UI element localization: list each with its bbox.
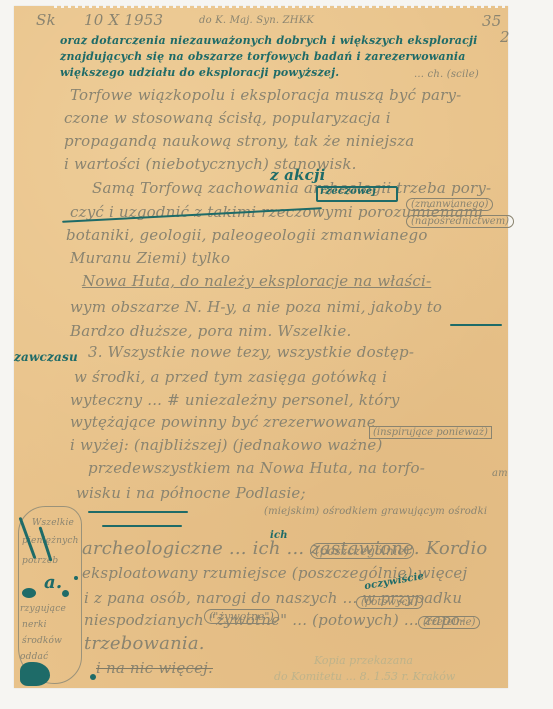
manuscript-page: Sk 10 X 1953 do K. Maj. Syn. ZHKK 35 2 o…: [14, 6, 508, 688]
ink-strike-1: [88, 511, 188, 513]
pencil-line-9: Nowa Huta, do należy eksploracje na właś…: [82, 272, 431, 290]
pencil-line-18: wisku i na północne Podlasie;: [76, 484, 306, 502]
ink-blot-3: [20, 662, 50, 686]
pencil-line-12: 3. Wszystkie nowe tezy, wszystkie dostęp…: [88, 343, 414, 361]
ink-strike-2: [102, 525, 182, 527]
margin-note-2: potrzeb: [22, 556, 58, 566]
document-date: 10 X 1953: [84, 11, 163, 29]
ink-blot-2: [62, 590, 69, 597]
circled-note-zywotne: ("żywotne"): [204, 609, 279, 624]
faint-bleed-line-2: do Komitetu ... 8. 1.53 r. Kraków: [274, 670, 455, 683]
pencil-line-19: (miejskim) ośrodkiem grawującym ośrodki: [264, 506, 487, 517]
ink-underline-dostep: [450, 324, 502, 326]
pencil-line-14: wyteczny ... # uniezależny personel, któ…: [70, 391, 400, 409]
page-mark: 35: [482, 12, 502, 30]
circled-note-potowych: (potowych): [356, 596, 423, 609]
pencil-line-0: ... ch. (scile): [414, 69, 479, 80]
margin-note-6: środków: [22, 636, 62, 646]
pencil-line-7: botaniki, geologii, paleogeologii zmanwi…: [66, 226, 428, 244]
ink-insertion-line-3: większego udziału do eksploracji powyższ…: [60, 66, 339, 79]
archive-mark: Sk: [36, 11, 56, 29]
ink-annotation-akcji: z akcji: [270, 166, 326, 184]
ink-insertion-line-2: znajdujących się na obszarze torfowych b…: [60, 50, 466, 63]
pencil-line-1: Torfowe wiązkopolu i eksploracja muszą b…: [70, 86, 461, 104]
pencil-line-3: propagandą naukową strony, tak że niniej…: [64, 132, 414, 150]
pencil-line-17: przedewszystkiem na Nowa Huta, na torfo-: [88, 459, 425, 477]
margin-note-7: oddać: [20, 652, 48, 662]
addressee: do K. Maj. Syn. ZHKK: [199, 15, 314, 26]
pencil-line-8: Muranu Ziemi) tylko: [70, 249, 230, 267]
pencil-line-20: archeologiczne ... ich ... zastawione. K…: [82, 538, 487, 559]
circled-note-poszczegolnie: (poszczególnie): [310, 543, 414, 559]
pencil-line-25: i na nic więcej.: [96, 659, 213, 677]
circled-note-napos: (napośrednictwem): [406, 215, 514, 228]
margin-note-3: a.: [44, 572, 62, 593]
ink-blot-4: [90, 674, 96, 680]
right-margin-note: am: [492, 468, 508, 479]
ink-blot-5: [74, 576, 78, 580]
margin-note-4: rzygujące: [20, 604, 66, 614]
pencil-line-24: trzebowania.: [84, 633, 205, 654]
ink-margin-zawczasu: zawczasu: [14, 350, 78, 364]
ink-insertion-line-1: oraz dotarczenia niezauważonych dobrych …: [60, 34, 478, 47]
pencil-line-10: wym obszarze N. H-y, a nie poza nimi, ja…: [70, 298, 442, 316]
margin-note-5: nerki: [22, 620, 47, 630]
pencil-line-11: Bardzo dłuższe, pora nim. Wszelkie.: [70, 322, 351, 340]
boxed-note-inspirujace: (inspirujące ponieważ): [369, 426, 492, 439]
circled-note-rzetelnie: (rzetelnie): [418, 616, 480, 629]
pencil-line-13: w środki, a przed tym zasięga gotówką i: [74, 368, 387, 386]
page-sub-mark: 2: [500, 28, 510, 46]
ink-blot-1: [22, 588, 36, 598]
faint-bleed-line-1: Kopia przekazana: [314, 654, 413, 667]
pencil-line-2: czone w stosowaną ścisłą, popularyzacja …: [64, 109, 391, 127]
pencil-line-15: wytężające powinny być zrezerwowane: [70, 413, 376, 431]
pencil-line-16: i wyżej: (najbliższej) (jednakowo ważne): [70, 436, 383, 454]
ink-annotation-boxed: rzeczowej: [320, 186, 376, 197]
ink-annotation-ich: ich: [270, 530, 288, 541]
circled-note-zmanwianego: (zmanwianego): [406, 198, 493, 211]
